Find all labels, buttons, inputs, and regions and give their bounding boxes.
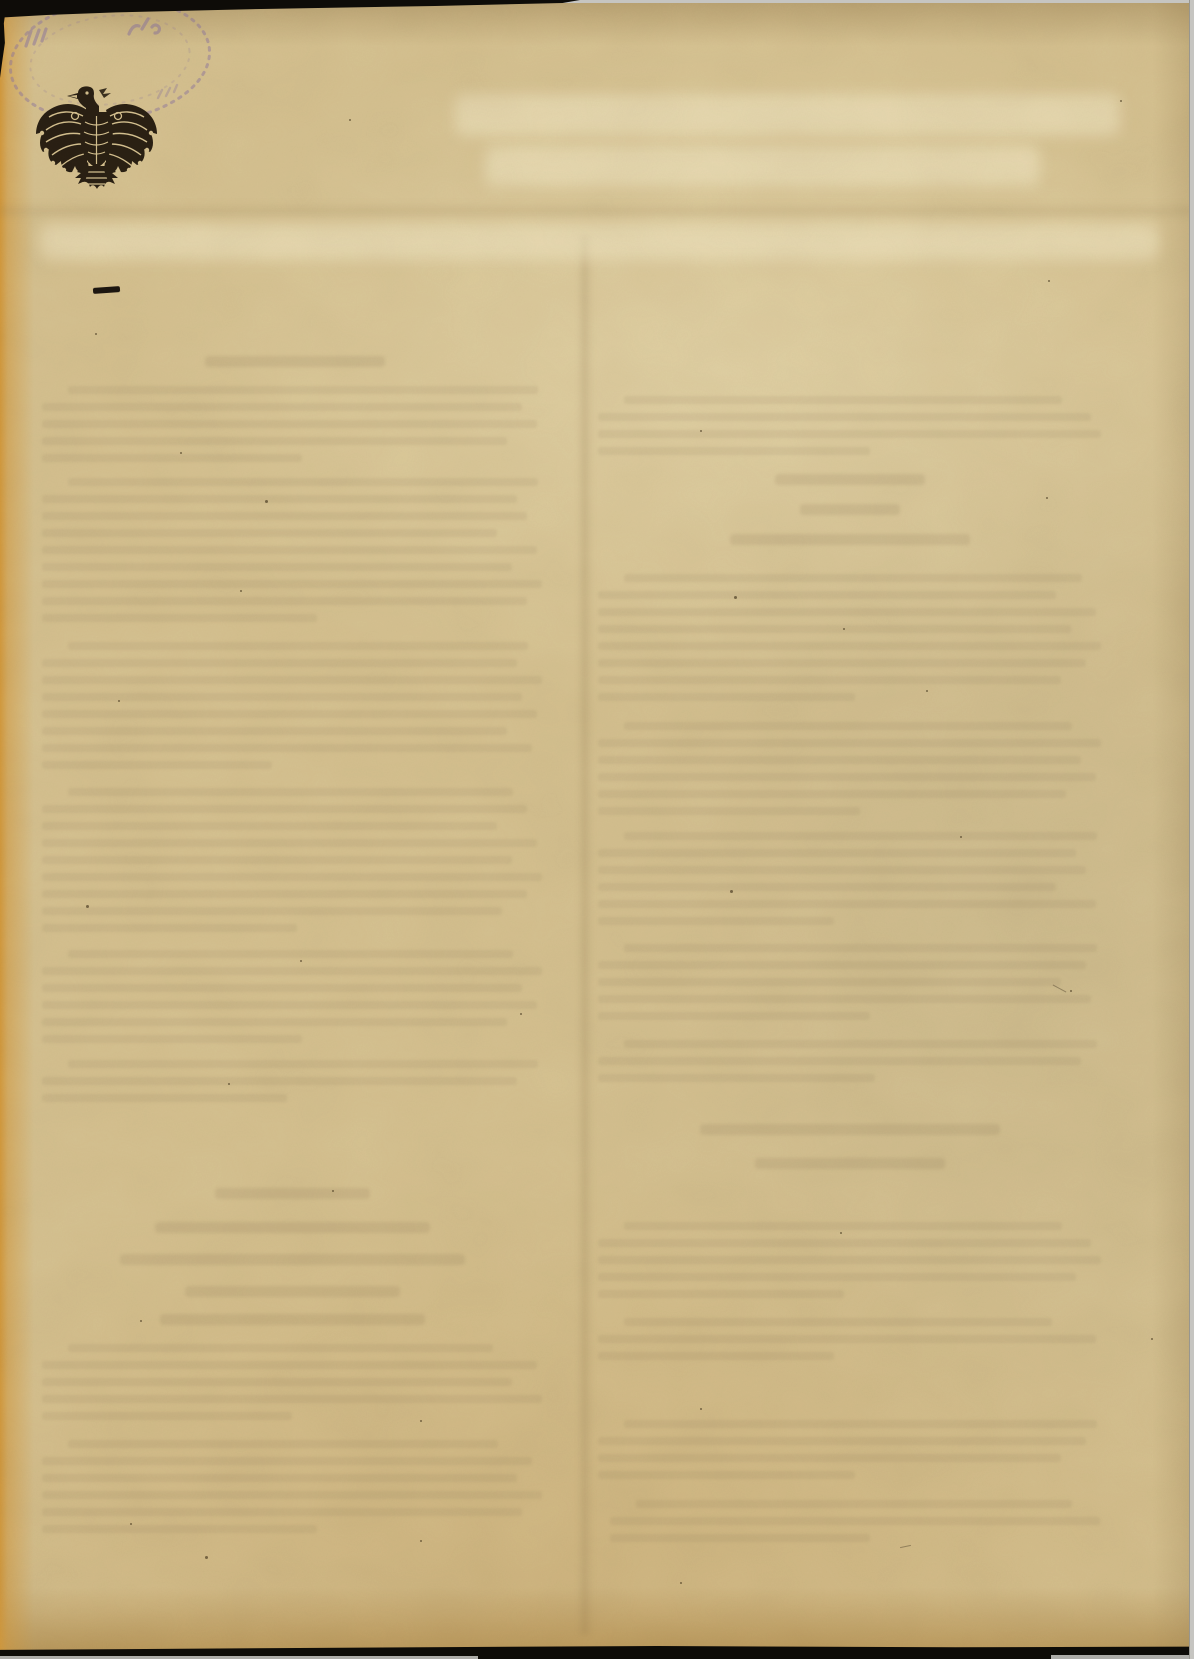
faded-text-line (42, 805, 527, 813)
faded-text-line (42, 890, 527, 898)
faded-text-block (42, 1060, 542, 1111)
foxing-speck (1120, 100, 1122, 102)
faded-text-line (598, 625, 1071, 633)
foxing-speck (95, 333, 97, 335)
faded-text-line (42, 529, 497, 537)
faded-text-line (68, 478, 538, 486)
faded-text-block (42, 386, 542, 471)
faded-text-line (68, 642, 528, 650)
foxing-speck (130, 1523, 132, 1525)
faded-text-line (42, 1508, 522, 1516)
faded-text-line (598, 900, 1096, 908)
faded-text-line (598, 1335, 1096, 1343)
faded-text-block (598, 1420, 1101, 1488)
faded-text-line (42, 967, 542, 975)
faded-heading-line (700, 1124, 1000, 1135)
scan-border-right (1189, 0, 1194, 1659)
faded-text-block (598, 1222, 1101, 1307)
faded-text-line (598, 1057, 1081, 1065)
faded-text-line (42, 822, 497, 830)
faded-text-line (42, 420, 537, 428)
eagle-wing-left (36, 104, 87, 174)
faded-text-line (598, 1454, 1061, 1462)
faded-text-line (598, 1239, 1091, 1247)
foxing-speck (1151, 1338, 1153, 1340)
foxing-speck (840, 1232, 842, 1234)
foxing-speck (180, 452, 182, 454)
foxing-speck (300, 960, 302, 962)
faded-text-line (42, 614, 317, 622)
faded-text-line (42, 512, 527, 520)
foxing-speck (140, 1320, 142, 1322)
foxing-speck (349, 119, 351, 121)
foxing-speck (420, 1540, 422, 1542)
faded-text-line (598, 1012, 870, 1020)
faded-text-line (42, 1378, 512, 1386)
faded-text-line (42, 761, 272, 769)
faded-text-line (598, 790, 1066, 798)
faded-text-line (598, 430, 1101, 438)
faded-text-line (42, 403, 522, 411)
faded-text-line (598, 917, 834, 925)
faded-text-line (624, 944, 1097, 952)
foxing-speck (680, 1582, 682, 1584)
faded-text-line (42, 495, 517, 503)
faded-text-line (598, 642, 1101, 650)
faded-text-line (598, 961, 1086, 969)
foxing-speck (700, 1408, 702, 1410)
faded-heading-line (215, 1188, 370, 1199)
faded-text-line (598, 866, 1086, 874)
faded-text-line (598, 1471, 855, 1479)
faded-heading-line (730, 534, 970, 545)
faded-text-line (42, 597, 527, 605)
eagle-wing-right (106, 104, 157, 174)
faded-text-line (598, 883, 1056, 891)
faded-heading-line (775, 474, 925, 485)
faded-text-line (624, 722, 1072, 730)
faded-heading-line (755, 1158, 945, 1169)
foxing-speck (730, 890, 733, 893)
faded-text-line (598, 1290, 844, 1298)
paper-sheet (0, 0, 1194, 1659)
faded-text-line (42, 1525, 317, 1533)
faded-text-line (42, 1361, 537, 1369)
faded-text-line (42, 710, 537, 718)
faded-text-line (68, 788, 513, 796)
faded-text-block (42, 1440, 542, 1542)
faded-heading-line (160, 1314, 425, 1325)
faded-text-line (42, 1094, 287, 1102)
faded-text-line (42, 1474, 517, 1482)
faded-title-impression (485, 146, 1040, 186)
foxing-speck (240, 590, 242, 592)
faded-text-block (42, 642, 542, 778)
faded-text-line (42, 1491, 542, 1499)
faded-text-block (598, 574, 1101, 710)
foxing-speck (420, 1420, 422, 1422)
faded-text-line (42, 546, 537, 554)
faded-text-line (624, 574, 1082, 582)
foxing-speck (118, 700, 120, 702)
faded-text-block (42, 950, 542, 1052)
faded-text-line (598, 693, 855, 701)
faded-text-line (598, 1273, 1076, 1281)
foxing-speck (86, 905, 89, 908)
faded-text-line (624, 1420, 1097, 1428)
faded-heading-line (800, 504, 900, 515)
faded-text-line (42, 856, 512, 864)
faded-text-line (42, 1395, 542, 1403)
faded-text-block (42, 478, 542, 631)
faded-text-line (42, 1018, 507, 1026)
faded-text-line (636, 1500, 1072, 1508)
foxing-speck (205, 1556, 208, 1559)
faded-text-line (598, 756, 1081, 764)
faded-heading-line (205, 356, 385, 367)
faded-text-block (598, 832, 1101, 934)
foxing-speck (843, 628, 845, 630)
faded-text-line (598, 676, 1061, 684)
foxing-speck (228, 1083, 230, 1085)
faded-text-line (42, 563, 512, 571)
faded-text-line (598, 1256, 1101, 1264)
faded-heading-line (155, 1222, 430, 1233)
faded-text-line (42, 693, 522, 701)
faded-text-block (610, 1500, 1100, 1551)
scanned-page (0, 0, 1194, 1659)
faded-text-line (42, 1001, 537, 1009)
faded-text-line (42, 727, 507, 735)
faded-text-line (42, 839, 537, 847)
faded-heading-line (120, 1254, 465, 1265)
faded-text-line (42, 1035, 302, 1043)
faded-text-line (598, 413, 1091, 421)
faded-text-line (42, 454, 302, 462)
scanner-bed-bottom-right (1051, 1655, 1194, 1659)
foxing-speck (700, 430, 702, 432)
faded-title-impression (40, 224, 1158, 260)
faded-text-line (68, 1060, 538, 1068)
faded-text-line (42, 873, 542, 881)
faded-text-block (598, 1318, 1101, 1369)
faded-text-line (624, 396, 1062, 404)
foxing-speck (960, 836, 962, 838)
faded-text-line (598, 1352, 834, 1360)
faded-text-line (624, 1222, 1062, 1230)
foxing-speck (1070, 990, 1072, 992)
faded-text-block (598, 396, 1101, 464)
faded-text-block (598, 722, 1101, 824)
faded-text-line (42, 984, 522, 992)
faded-text-line (598, 995, 1091, 1003)
faded-text-line (42, 744, 532, 752)
faded-text-line (68, 1440, 498, 1448)
foxing-speck (332, 1190, 334, 1192)
faded-text-layer (0, 0, 1194, 1659)
faded-text-line (610, 1517, 1100, 1525)
faded-text-line (42, 659, 517, 667)
stamp-illegible-glyphs (26, 19, 159, 46)
faded-text-line (598, 591, 1056, 599)
foxing-speck (734, 596, 737, 599)
faded-text-line (598, 608, 1096, 616)
faded-text-line (68, 1344, 493, 1352)
faded-text-line (42, 1457, 532, 1465)
faded-text-line (598, 807, 860, 815)
faded-text-line (624, 1040, 1097, 1048)
faded-text-line (42, 676, 542, 684)
polish-eagle-emblem (33, 84, 160, 200)
faded-text-line (598, 659, 1086, 667)
faded-text-line (624, 832, 1097, 840)
faded-text-block (42, 1344, 542, 1429)
faded-heading-line (185, 1286, 400, 1297)
faded-text-block (598, 1040, 1101, 1091)
faded-text-line (610, 1534, 870, 1542)
faded-text-block (42, 788, 542, 941)
faded-text-line (624, 1318, 1052, 1326)
foxing-speck (1046, 497, 1048, 499)
faded-text-line (42, 907, 502, 915)
faded-text-line (42, 924, 297, 932)
faded-title-impression (455, 94, 1120, 136)
faded-text-line (42, 1412, 292, 1420)
faded-text-line (598, 1074, 875, 1082)
faded-text-line (42, 437, 507, 445)
faded-text-line (598, 773, 1096, 781)
faded-text-line (598, 739, 1101, 747)
faded-text-line (598, 849, 1076, 857)
faded-text-line (68, 950, 513, 958)
faded-text-line (598, 1437, 1086, 1445)
faded-text-block (598, 944, 1101, 1029)
faded-text-line (42, 1077, 517, 1085)
faded-text-line (68, 386, 538, 394)
foxing-speck (520, 1013, 522, 1015)
foxing-speck (265, 500, 268, 503)
foxing-speck (1048, 280, 1050, 282)
faded-text-line (598, 978, 1061, 986)
faded-text-line (42, 580, 542, 588)
faded-text-line (598, 447, 870, 455)
foxing-speck (926, 690, 928, 692)
